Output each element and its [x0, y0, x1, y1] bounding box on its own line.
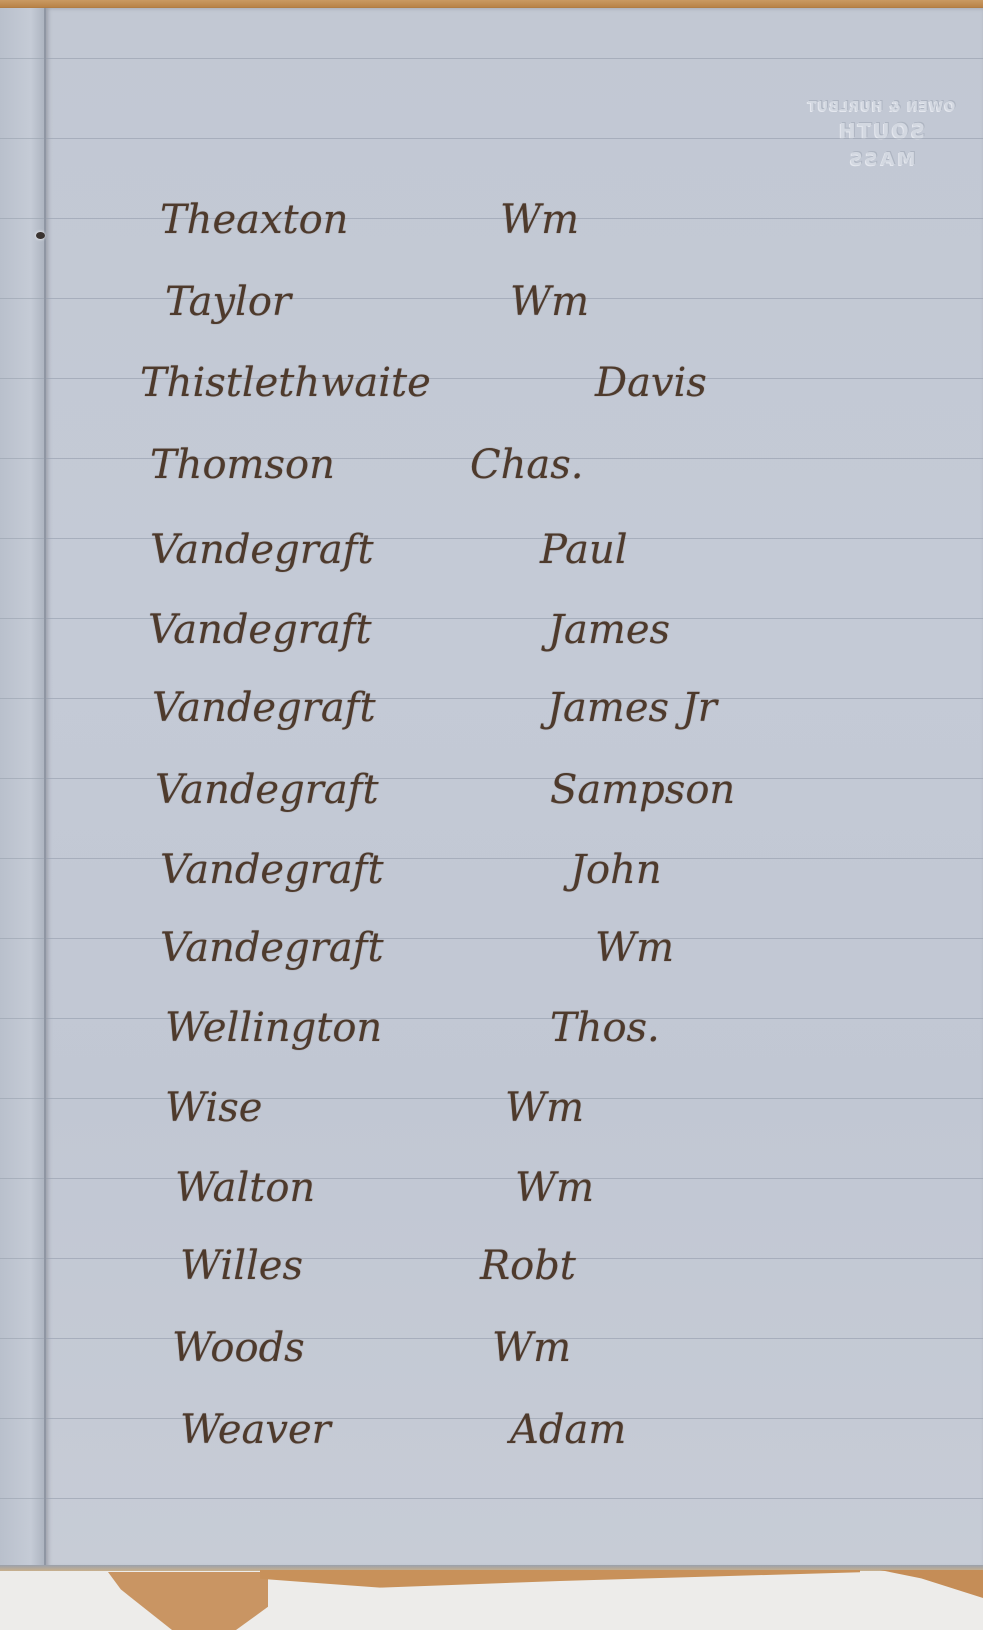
name-list: Theaxton Wm Taylor Wm Thistlethwaite Dav…: [0, 0, 983, 1630]
surname: Vandegraft: [155, 770, 379, 810]
given-name: Wm: [515, 1168, 594, 1208]
given-name: Robt: [480, 1246, 576, 1286]
given-name: Wm: [510, 282, 589, 322]
given-name: James Jr: [547, 688, 717, 728]
surname: Vandegraft: [150, 530, 374, 570]
surname: Willes: [180, 1246, 303, 1286]
given-name: Wm: [595, 928, 674, 968]
given-name: Wm: [500, 200, 579, 240]
surname: Walton: [175, 1168, 315, 1208]
surname: Weaver: [180, 1410, 331, 1450]
given-name: Paul: [540, 530, 628, 570]
surname: Vandegraft: [160, 928, 384, 968]
surname: Taylor: [165, 282, 291, 322]
surname: Wise: [165, 1088, 262, 1128]
surname: Vandegraft: [148, 610, 372, 650]
given-name: Wm: [492, 1328, 571, 1368]
given-name: Adam: [510, 1410, 626, 1450]
given-name: Davis: [595, 363, 707, 403]
surname: Wellington: [165, 1008, 382, 1048]
surname: Theaxton: [160, 200, 348, 240]
surname: Woods: [172, 1328, 305, 1368]
given-name: Sampson: [550, 770, 735, 810]
given-name: John: [570, 850, 662, 890]
given-name: Chas.: [470, 445, 583, 485]
surname: Thomson: [150, 445, 335, 485]
given-name: James: [548, 610, 670, 650]
surname: Thistlethwaite: [140, 363, 431, 403]
surname: Vandegraft: [160, 850, 384, 890]
surname: Vandegraft: [152, 688, 376, 728]
given-name: Thos.: [550, 1008, 660, 1048]
given-name: Wm: [505, 1088, 584, 1128]
